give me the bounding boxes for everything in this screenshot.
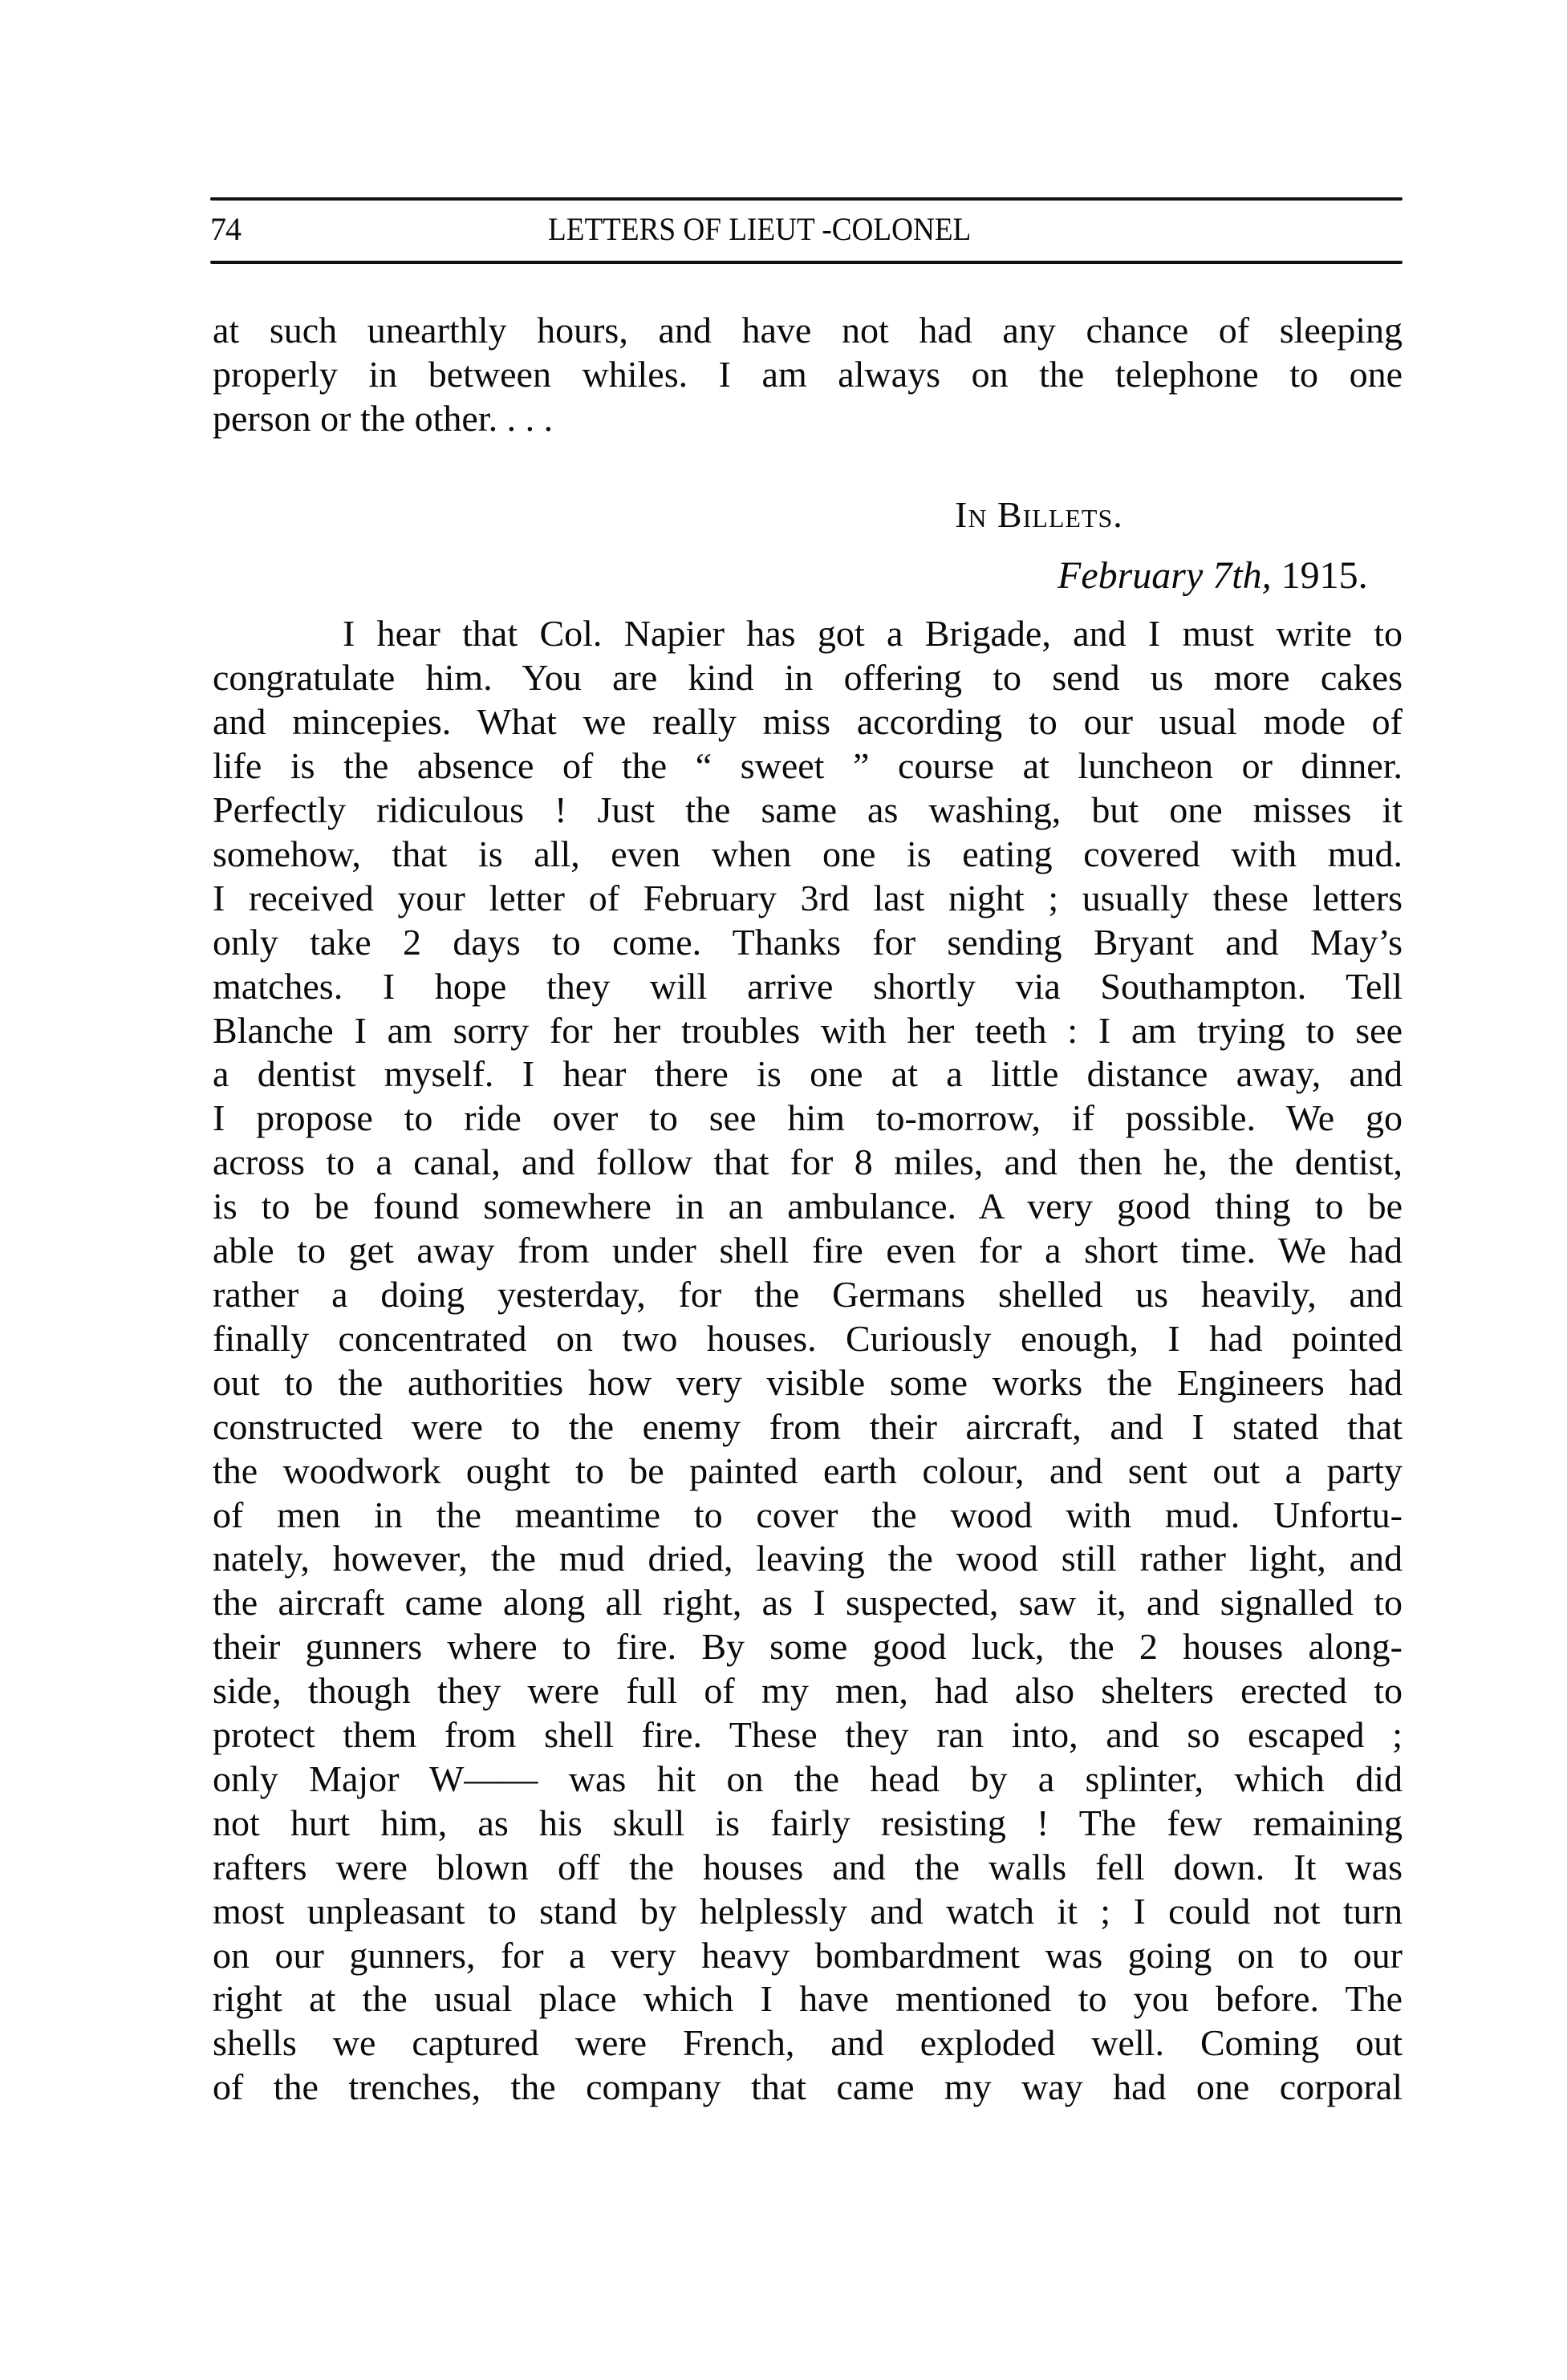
- text-line: life is the absence of the “ sweet ” cou…: [213, 744, 1403, 789]
- text-line: out to the authorities how very visible …: [213, 1360, 1403, 1405]
- text-line: on our gunners, for a very heavy bombard…: [213, 1933, 1403, 1978]
- text-line: rather a doing yesterday, for the German…: [213, 1272, 1403, 1317]
- text-line: shells we captured were French, and expl…: [213, 2021, 1403, 2066]
- text-line: able to get away from under shell fire e…: [213, 1228, 1403, 1273]
- letter-dateline: February 7th, 1915.: [1058, 553, 1368, 598]
- text-line: Blanche I am sorry for her troubles with…: [213, 1008, 1403, 1053]
- text-line: across to a canal, and follow that for 8…: [213, 1140, 1403, 1185]
- text-line: the woodwork ought to be painted earth c…: [213, 1449, 1403, 1494]
- running-title: LETTERS OF LIEUT -COLONEL: [548, 210, 1055, 249]
- text-line: only take 2 days to come. Thanks for sen…: [213, 920, 1403, 965]
- text-line: person or the other. . . .: [213, 396, 1403, 441]
- text-line: is to be found somewhere in an ambulance…: [213, 1184, 1403, 1229]
- date-year: 1915.: [1272, 554, 1368, 597]
- date-month-day: February 7th,: [1058, 554, 1272, 597]
- book-page: 74 LETTERS OF LIEUT -COLONEL at such une…: [0, 0, 1567, 2380]
- text-line: most unpleasant to stand by helplessly a…: [213, 1889, 1403, 1934]
- text-line: right at the usual place which I have me…: [213, 1977, 1403, 2021]
- text-line: I propose to ride over to see him to-mor…: [213, 1096, 1403, 1141]
- text-line: of men in the meantime to cover the wood…: [213, 1493, 1403, 1538]
- text-line: of the trenches, the company that came m…: [213, 2065, 1403, 2110]
- text-line: constructed were to the enemy from their…: [213, 1405, 1403, 1449]
- text-line: at such unearthly hours, and have not ha…: [213, 308, 1403, 353]
- running-head: 74 LETTERS OF LIEUT -COLONEL: [210, 210, 1403, 249]
- text-line: side, though they were full of my men, h…: [213, 1668, 1403, 1713]
- text-line: nately, however, the mud dried, leaving …: [213, 1536, 1403, 1581]
- text-line: matches. I hope they will arrive shortly…: [213, 964, 1403, 1009]
- header-top-rule: [210, 197, 1403, 201]
- text-line: I received your letter of February 3rd l…: [213, 876, 1403, 921]
- text-line: their gunners where to fire. By some goo…: [213, 1624, 1403, 1669]
- header-bottom-rule: [210, 261, 1403, 264]
- text-line: rafters were blown off the houses and th…: [213, 1845, 1403, 1890]
- page-number: 74: [210, 210, 241, 249]
- text-line: finally concentrated on two houses. Curi…: [213, 1316, 1403, 1361]
- text-line: not hurt him, as his skull is fairly res…: [213, 1801, 1403, 1846]
- letter-place-heading: In Billets.: [955, 493, 1123, 537]
- text-line: a dentist myself. I hear there is one at…: [213, 1052, 1403, 1097]
- text-line: the aircraft came along all right, as I …: [213, 1580, 1403, 1625]
- text-line: I hear that Col. Napier has got a Brigad…: [343, 611, 1403, 656]
- text-line: Perfectly ridiculous ! Just the same as …: [213, 788, 1403, 833]
- text-line: only Major W—— was hit on the head by a …: [213, 1757, 1403, 1802]
- text-line: properly in between whiles. I am always …: [213, 352, 1403, 397]
- text-line: somehow, that is all, even when one is e…: [213, 832, 1403, 877]
- text-line: protect them from shell fire. These they…: [213, 1713, 1403, 1758]
- text-line: and mincepies. What we really miss accor…: [213, 699, 1403, 744]
- text-line: congratulate him. You are kind in offeri…: [213, 655, 1403, 700]
